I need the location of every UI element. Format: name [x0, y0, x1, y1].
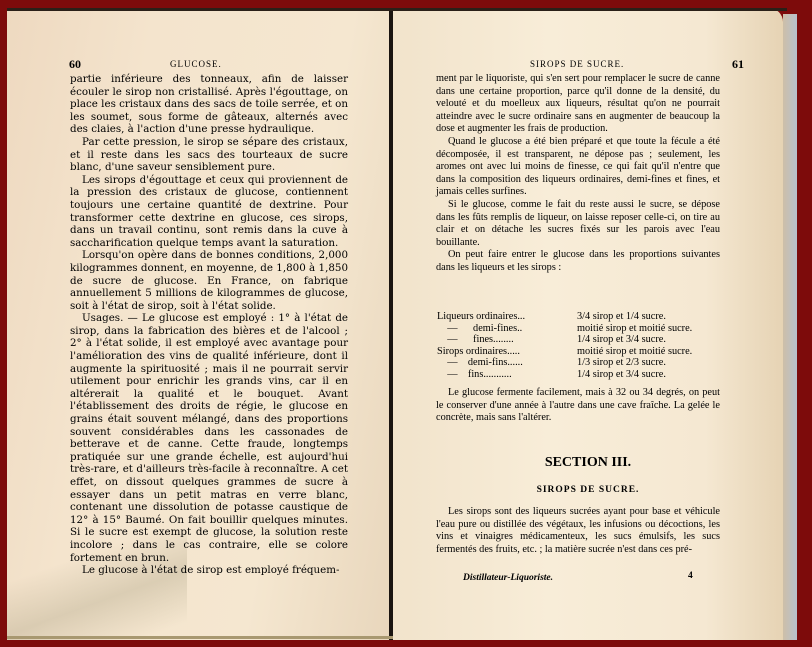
after-table-text: Le glucose fermente facilement, mais à 3…	[436, 387, 720, 425]
section-title: SECTION III.	[393, 455, 783, 471]
paragraph: Lorsqu'on opère dans de bonnes condition…	[70, 249, 348, 312]
signature-footer: Distillateur-Liquoriste.	[463, 573, 553, 583]
paragraph: partie inférieure des tonneaux, afin de …	[70, 73, 348, 136]
table-value: moitié sirop et moitié sucre.	[577, 346, 692, 358]
left-page-body: partie inférieure des tonneaux, afin de …	[70, 73, 348, 577]
section-body: Les sirops sont des liqueurs sucrées aya…	[436, 506, 720, 556]
table-value: 3/4 sirop et 1/4 sucre.	[577, 311, 666, 323]
left-running-head: GLUCOSE.	[170, 59, 222, 69]
table-row: — fins........... 1/4 sirop et 3/4 sucre…	[437, 369, 727, 381]
right-running-head: SIROPS DE SUCRE.	[530, 59, 624, 69]
table-row: — fines........ 1/4 sirop et 3/4 sucre.	[437, 334, 727, 346]
signature-mark: 4	[688, 571, 693, 581]
page-edge	[783, 14, 797, 640]
table-label: Sirops ordinaires.....	[437, 346, 577, 358]
paragraph: Par cette pression, le sirop se sépare d…	[70, 136, 348, 174]
right-page-body: ment par le liquoriste, qui s'en sert po…	[436, 73, 720, 275]
table-row: Sirops ordinaires..... moitié sirop et m…	[437, 346, 727, 358]
table-label: — fines........	[437, 334, 577, 346]
proportions-table: Liqueurs ordinaires... 3/4 sirop et 1/4 …	[437, 311, 727, 380]
paragraph: Les sirops sont des liqueurs sucrées aya…	[436, 506, 720, 556]
table-label: — demi-fines..	[437, 323, 577, 335]
paragraph: Le glucose fermente facilement, mais à 3…	[436, 387, 720, 425]
bottom-edge-line	[7, 636, 393, 639]
table-value: 1/4 sirop et 3/4 sucre.	[577, 369, 666, 381]
section-subtitle: SIROPS DE SUCRE.	[393, 485, 783, 495]
book-gutter	[389, 8, 393, 640]
paragraph: Quand le glucose a été bien préparé et q…	[436, 136, 720, 199]
table-row: — demi-fines.. moitié sirop et moitié su…	[437, 323, 727, 335]
paragraph: On peut faire entrer le glucose dans les…	[436, 249, 720, 274]
paragraph: ment par le liquoriste, qui s'en sert po…	[436, 73, 720, 136]
table-row: — demi-fins...... 1/3 sirop et 2/3 sucre…	[437, 357, 727, 369]
table-label: Liqueurs ordinaires...	[437, 311, 577, 323]
table-value: 1/3 sirop et 2/3 sucre.	[577, 357, 666, 369]
paragraph: Le glucose à l'état de sirop est employé…	[70, 564, 348, 577]
table-row: Liqueurs ordinaires... 3/4 sirop et 1/4 …	[437, 311, 727, 323]
paragraph: Les sirops d'égouttage et ceux qui provi…	[70, 174, 348, 250]
right-page-number: 61	[732, 57, 744, 72]
table-value: moitié sirop et moitié sucre.	[577, 323, 692, 335]
table-label: — demi-fins......	[437, 357, 577, 369]
top-edge-line	[7, 8, 787, 11]
left-page-number: 60	[69, 57, 81, 72]
table-value: 1/4 sirop et 3/4 sucre.	[577, 334, 666, 346]
paragraph: Si le glucose, comme le fait du reste au…	[436, 199, 720, 249]
table-label: — fins...........	[437, 369, 577, 381]
paragraph: Usages. — Le glucose est employé : 1° à …	[70, 312, 348, 564]
